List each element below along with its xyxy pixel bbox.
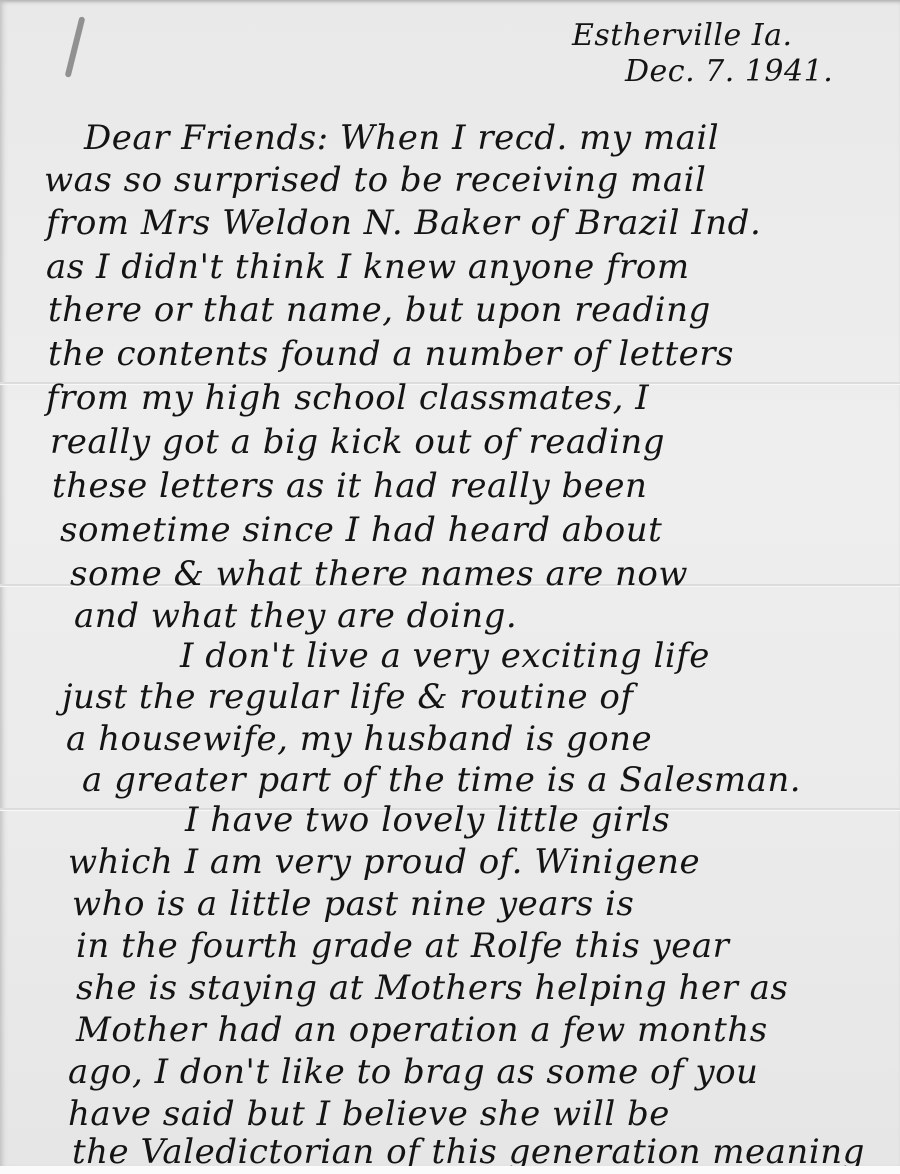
letter-line: who is a little past nine years is xyxy=(72,884,634,924)
letter-line: and what they are doing. xyxy=(74,596,517,636)
letter-line: Dear Friends: When I recd. my mail xyxy=(84,118,719,158)
letter-page: Estherville Ia. Dec. 7. 1941. Dear Frien… xyxy=(0,0,900,1166)
ink-smudge xyxy=(65,16,86,78)
letter-line: just the regular life & routine of xyxy=(62,677,633,717)
letter-line: Mother had an operation a few months xyxy=(76,1010,768,1050)
letter-line: have said but I believe she will be xyxy=(68,1094,670,1134)
letter-line: I don't live a very exciting life xyxy=(180,636,710,676)
letter-line: which I am very proud of. Winigene xyxy=(68,842,700,882)
letter-place: Estherville Ia. xyxy=(572,18,793,53)
letter-line: the Valedictorian of this generation mea… xyxy=(72,1132,865,1166)
letter-line: from my high school classmates, I xyxy=(46,378,649,418)
letter-date: Dec. 7. 1941. xyxy=(625,54,833,89)
scan-margin xyxy=(0,1166,900,1174)
letter-line: these letters as it had really been xyxy=(52,466,647,506)
letter-line: I have two lovely little girls xyxy=(185,800,670,840)
letter-line: the contents found a number of letters xyxy=(48,334,734,374)
letter-line: was so surprised to be receiving mail xyxy=(44,160,706,200)
letter-line: a greater part of the time is a Salesman… xyxy=(82,760,801,800)
letter-line: there or that name, but upon reading xyxy=(48,290,711,330)
letter-line: in the fourth grade at Rolfe this year xyxy=(76,926,729,966)
letter-line: some & what there names are now xyxy=(70,554,688,594)
letter-line: as I didn't think I knew anyone from xyxy=(46,247,690,287)
letter-line: ago, I don't like to brag as some of you xyxy=(68,1052,758,1092)
letter-line: sometime since I had heard about xyxy=(60,510,662,550)
letter-line: a housewife, my husband is gone xyxy=(66,719,652,759)
letter-line: she is staying at Mothers helping her as xyxy=(76,968,788,1008)
letter-line: really got a big kick out of reading xyxy=(50,422,665,462)
letter-line: from Mrs Weldon N. Baker of Brazil Ind. xyxy=(46,203,761,243)
